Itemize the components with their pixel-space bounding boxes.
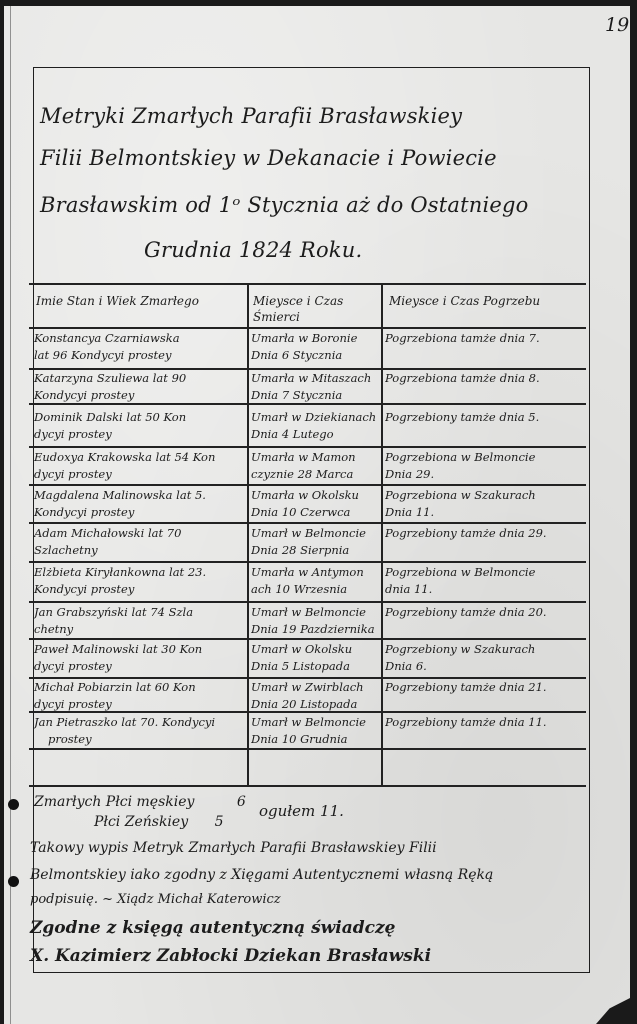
table-rule [29, 638, 586, 640]
table-row-1-death: Umarła w BoronieDnia 6 Stycznia [251, 330, 381, 364]
title-line-3: Brasławskim od 1ᵒ Stycznia aż do Ostatni… [40, 193, 528, 217]
male-deaths: Zmarłych Płci męskiey 6 [34, 794, 246, 810]
table-row-7-name: Elżbieta Kiryłankowna lat 23.Kondycyi pr… [34, 564, 246, 598]
table-row-10-death: Umarł w ZwirblachDnia 20 Listopada [251, 679, 381, 713]
table-row-3-death: Umarł w DziekianachDnia 4 Lutego [251, 409, 381, 443]
table-row-7-burial: Pogrzebiona w Belmonciednia 11. [385, 564, 583, 598]
table-row-4-burial: Pogrzebiona w BelmoncieDnia 29. [385, 449, 583, 483]
attestation-line-3: podpisuię. ~ Xiądz Michał Katerowicz [30, 892, 281, 907]
table-rule [29, 748, 586, 750]
title-line-4: Grudnia 1824 Roku. [144, 238, 362, 262]
table-rule [29, 484, 586, 486]
table-rule [29, 327, 586, 329]
table-row-3-burial: Pogrzebiony tamże dnia 5. [385, 409, 583, 426]
page-number: 19 [605, 14, 629, 36]
certification-line: Zgodne z księgą autentyczną świadczę [30, 918, 395, 938]
table-row-9-burial: Pogrzebiony w SzakurachDnia 6. [385, 641, 583, 675]
table-row-6-name: Adam Michałowski lat 70Szlachetny [34, 525, 246, 559]
binding-hole [8, 799, 19, 810]
attestation-line-2: Belmontskiey iako zgodny z Xięgami Auten… [30, 867, 493, 883]
table-row-11-name: Jan Pietraszko lat 70. Kondycyiprostey [34, 714, 246, 748]
binding-hole [8, 876, 19, 887]
column-header-death: Mieysce i Czas Śmierci [253, 293, 379, 325]
table-row-3-name: Dominik Dalski lat 50 Kondycyi prostey [34, 409, 246, 443]
table-row-6-death: Umarł w BelmoncieDnia 28 Sierpnia [251, 525, 381, 559]
document-page: 19 Metryki Zmarłych Parafii Brasławskiey… [4, 6, 630, 1024]
table-row-11-burial: Pogrzebiony tamże dnia 11. [385, 714, 583, 731]
attestation-line-1: Takowy wypis Metryk Zmarłych Parafii Bra… [30, 840, 437, 856]
column-divider [247, 283, 249, 785]
table-rule [29, 446, 586, 448]
margin-rule [10, 6, 11, 1024]
table-row-11-death: Umarł w BelmoncieDnia 10 Grudnia [251, 714, 381, 748]
table-rule [29, 522, 586, 524]
column-header-burial: Mieysce i Czas Pogrzebu [389, 293, 584, 310]
column-divider [381, 283, 383, 785]
table-row-7-death: Umarła w Antymonach 10 Wrzesnia [251, 564, 381, 598]
table-row-8-name: Jan Grabszyński lat 74 Szlachetny [34, 604, 246, 638]
title-line-2: Filii Belmontskiey w Dekanacie i Powieci… [40, 146, 497, 170]
dean-signature: X. Kazimierz Zabłocki Dziekan Brasławski [30, 946, 431, 966]
female-count: 5 [215, 814, 224, 830]
total-deaths: ogułem 11. [259, 802, 344, 820]
table-row-2-burial: Pogrzebiona tamże dnia 8. [385, 370, 583, 387]
column-header-name: Imie Stan i Wiek Zmarłego [36, 293, 244, 310]
table-rule [29, 561, 586, 563]
table-row-10-name: Michał Pobiarzin lat 60 Kondycyi prostey [34, 679, 246, 713]
table-row-4-name: Eudoxya Krakowska lat 54 Kondycyi proste… [34, 449, 246, 483]
table-row-5-name: Magdalena Malinowska lat 5.Kondycyi pros… [34, 487, 246, 521]
table-row-5-death: Umarła w OkolskuDnia 10 Czerwca [251, 487, 381, 521]
table-row-6-burial: Pogrzebiony tamże dnia 29. [385, 525, 583, 542]
table-row-8-death: Umarł w BelmoncieDnia 19 Pazdziernika [251, 604, 381, 638]
table-row-4-death: Umarła w Mamonczyznie 28 Marca [251, 449, 381, 483]
table-row-9-death: Umarł w OkolskuDnia 5 Listopada [251, 641, 381, 675]
female-deaths: Płci Zeńskiey 5 [94, 814, 223, 830]
table-rule [29, 785, 586, 787]
table-row-9-name: Paweł Malinowski lat 30 Kondycyi prostey [34, 641, 246, 675]
torn-corner [596, 998, 630, 1024]
table-row-2-death: Umarła w MitaszachDnia 7 Stycznia [251, 370, 381, 404]
table-rule [29, 283, 586, 285]
table-row-5-burial: Pogrzebiona w SzakurachDnia 11. [385, 487, 583, 521]
title-line-1: Metryki Zmarłych Parafii Brasławskiey [40, 104, 462, 128]
table-row-10-burial: Pogrzebiony tamże dnia 21. [385, 679, 583, 696]
table-row-1-burial: Pogrzebiona tamże dnia 7. [385, 330, 583, 347]
table-rule [29, 601, 586, 603]
table-row-1-name: Konstancya Czarniawskalat 96 Kondycyi pr… [34, 330, 246, 364]
table-row-8-burial: Pogrzebiony tamże dnia 20. [385, 604, 583, 621]
male-count: 6 [237, 794, 246, 810]
table-row-2-name: Katarzyna Szuliewa lat 90Kondycyi proste… [34, 370, 246, 404]
